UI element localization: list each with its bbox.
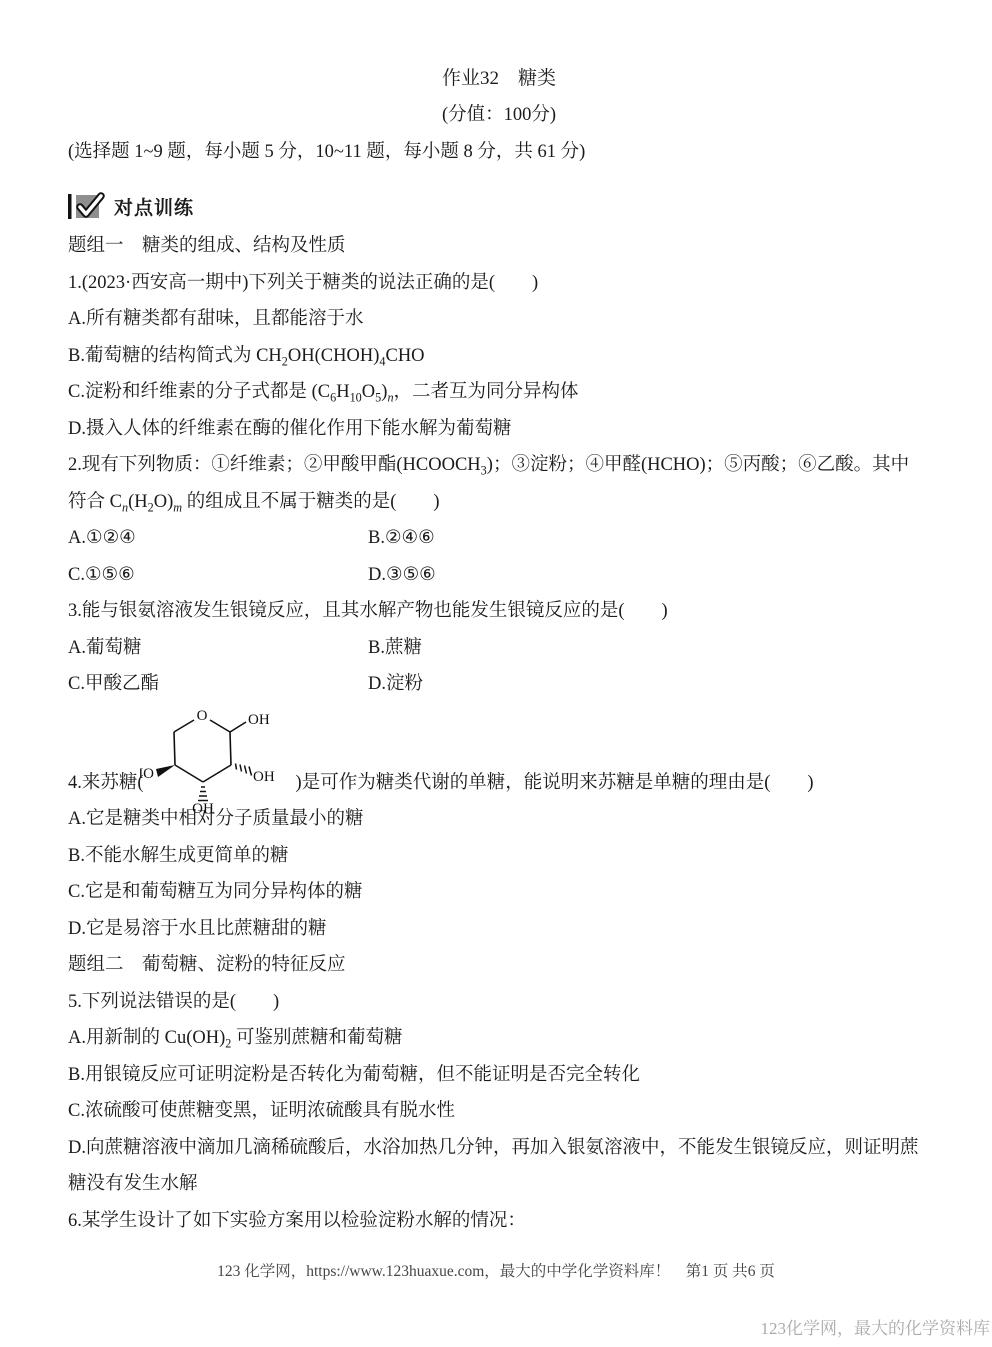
option-item: A.葡萄糖 (68, 630, 368, 667)
svg-text:OH: OH (253, 769, 275, 785)
option-item: B.②④⑥ (368, 520, 435, 557)
text-line: D.摄入人体的纤维素在酶的催化作用下能水解为葡萄糖 (68, 411, 930, 448)
text-line: 5.下列说法错误的是( ) (68, 984, 930, 1021)
text-line: 1.(2023·西安高一期中)下列关于糖类的说法正确的是( ) (68, 265, 930, 302)
option-item: D.淀粉 (368, 666, 423, 703)
text-line: 2.现有下列物质：①纤维素；②甲酸甲酯(HCOOCH3)；③淀粉；④甲醛(HCH… (68, 447, 930, 484)
text-line: C.淀粉和纤维素的分子式都是 (C6H10O5)n，二者互为同分异构体 (68, 374, 930, 411)
page-title: 作业32 糖类 (68, 60, 930, 97)
options-row: C.甲酸乙酯D.淀粉 (68, 666, 930, 703)
section-banner: 对点训练 (68, 189, 930, 223)
options-row: A.葡萄糖B.蔗糖 (68, 630, 930, 667)
pyranose-ring-diagram: O OH OH OH HO (140, 701, 290, 815)
svg-text:O: O (197, 708, 208, 724)
text-line: 题组一 糖类的组成、结构及性质 (68, 228, 930, 265)
text-line: C.浓硫酸可使蔗糖变黑，证明浓硫酸具有脱水性 (68, 1093, 930, 1130)
text-line: A.所有糖类都有甜味，且都能溶于水 (68, 301, 930, 338)
text-line: B.葡萄糖的结构简式为 CH2OH(CHOH)4CHO (68, 338, 930, 375)
text-line: B.不能水解生成更简单的糖 (68, 838, 930, 875)
worksheet-lines: 题组一 糖类的组成、结构及性质 1.(2023·西安高一期中)下列关于糖类的说法… (68, 228, 930, 1239)
worksheet-page: 作业32 糖类 (分值：100分) (选择题 1~9 题，每小题 5 分，10~… (0, 0, 992, 1239)
score-line: (分值：100分) (68, 97, 930, 134)
text-line: A.用新制的 Cu(OH)2 可鉴别蔗糖和葡萄糖 (68, 1020, 930, 1057)
watermark: 123化学网，最大的化学资料库 (761, 1318, 991, 1340)
text-line: D.向蔗糖溶液中滴加几滴稀硫酸后，水浴加热几分钟，再加入银氨溶液中，不能发生银镜… (68, 1130, 930, 1203)
text-line: 6.某学生设计了如下实验方案用以检验淀粉水解的情况： (68, 1203, 930, 1240)
svg-text:HO: HO (140, 766, 154, 782)
option-item: B.蔗糖 (368, 630, 422, 667)
lyxose-structure-figure: O OH OH OH HO (68, 703, 930, 799)
text-line: 题组二 葡萄糖、淀粉的特征反应 (68, 947, 930, 984)
svg-text:OH: OH (192, 801, 214, 815)
text-line: 符合 Cn(H2O)m 的组成且不属于糖类的是( ) (68, 484, 930, 521)
option-item: D.③⑤⑥ (368, 557, 436, 594)
option-item: C.甲酸乙酯 (68, 666, 368, 703)
svg-text:OH: OH (248, 712, 270, 728)
option-item: C.①⑤⑥ (68, 557, 368, 594)
options-row: A.①②④B.②④⑥ (68, 520, 930, 557)
section-banner-label: 对点训练 (114, 193, 194, 220)
text-line: B.用银镜反应可证明淀粉是否转化为葡萄糖，但不能证明是否完全转化 (68, 1057, 930, 1094)
page-footer: 123 化学网，https://www.123huaxue.com，最大的中学化… (0, 1262, 992, 1282)
options-row: C.①⑤⑥D.③⑤⑥ (68, 557, 930, 594)
option-item: A.①②④ (68, 520, 368, 557)
instructions-line: (选择题 1~9 题，每小题 5 分，10~11 题，每小题 8 分，共 61 … (68, 134, 930, 171)
text-line: C.它是和葡萄糖互为同分异构体的糖 (68, 874, 930, 911)
text-line: 3.能与银氨溶液发生银镜反应，且其水解产物也能发生银镜反应的是( ) (68, 593, 930, 630)
check-icon (68, 190, 105, 222)
text-line: D.它是易溶于水且比蔗糖甜的糖 (68, 911, 930, 948)
